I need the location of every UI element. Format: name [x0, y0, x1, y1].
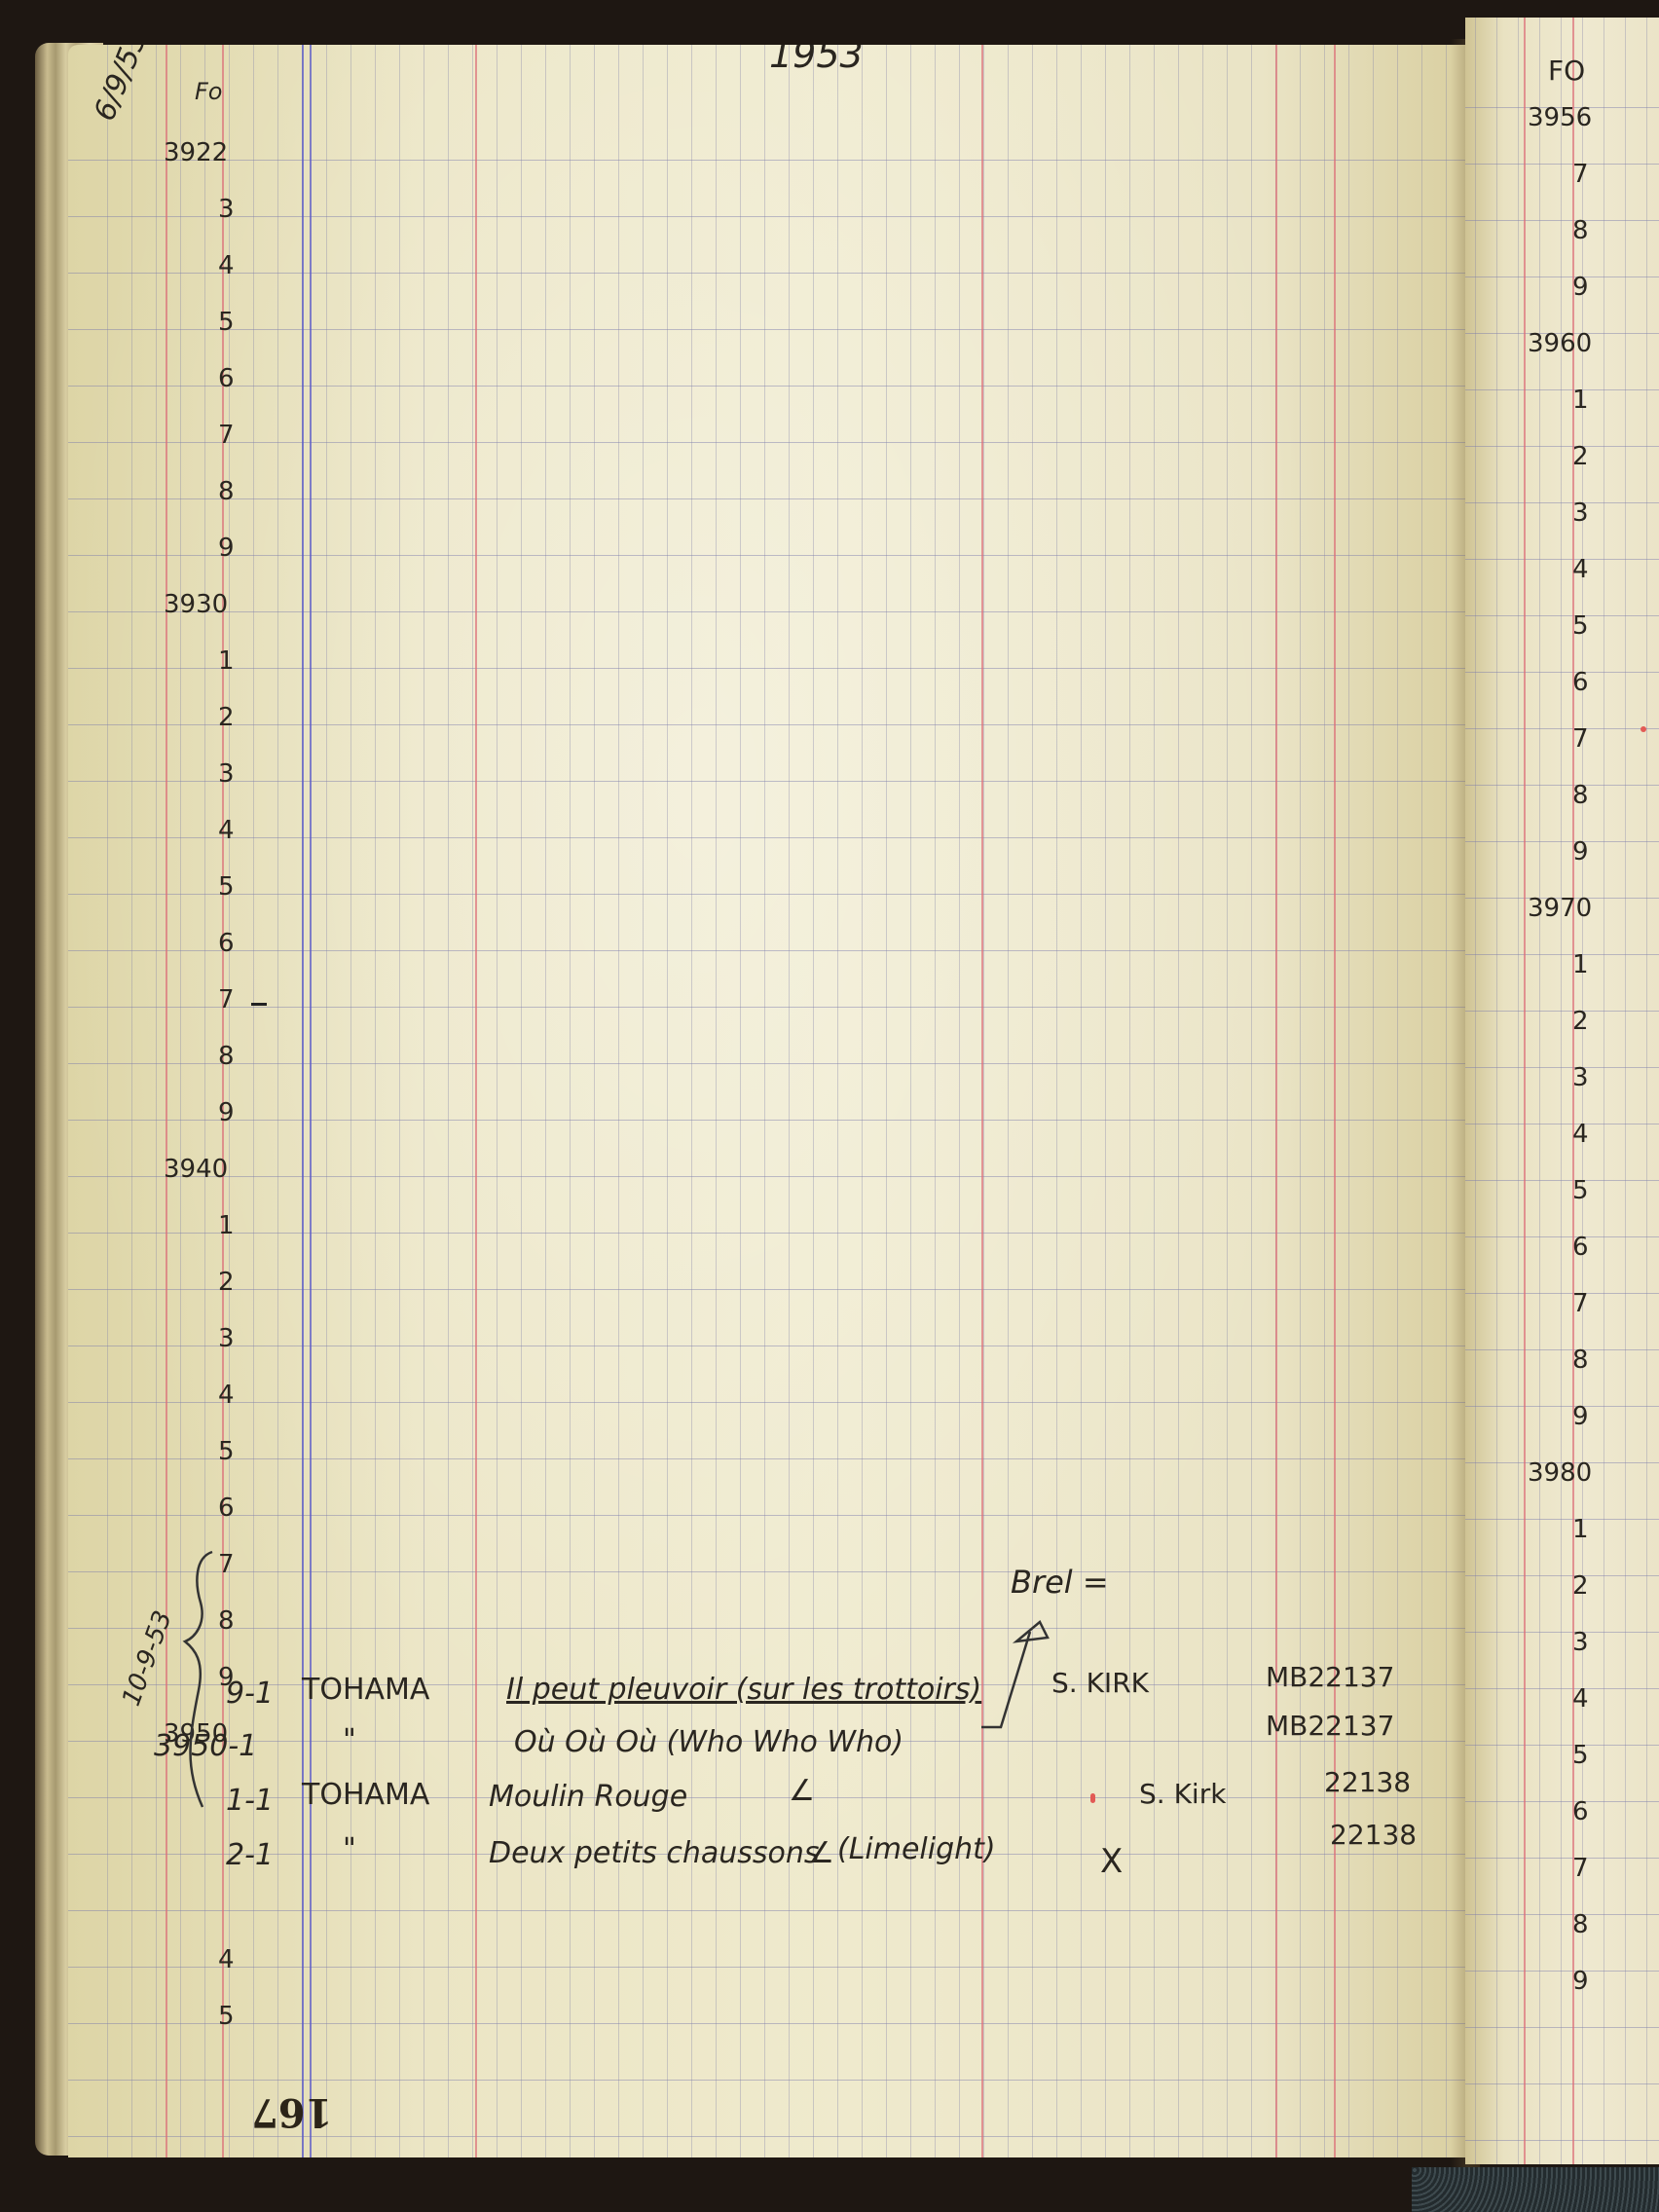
row-number: 3 [1572, 1063, 1589, 1092]
row-number: 5 [218, 308, 235, 337]
grid-row-line [1465, 1632, 1659, 1633]
row-number: 1 [1572, 386, 1589, 415]
grid-column-line [1625, 18, 1626, 2164]
header-label-fo: Fo [195, 78, 223, 105]
entry-1-label: TOHAMA [302, 1673, 429, 1707]
red-margin-line [166, 45, 167, 2157]
grid-row-line [68, 1346, 1470, 1346]
row-number: 1 [1572, 1515, 1589, 1544]
entry-3-title: Moulin Rouge [489, 1780, 687, 1814]
row-number: 5 [1572, 1176, 1589, 1205]
row-number: 1 [218, 646, 235, 676]
grid-column-line [1032, 45, 1033, 2157]
grid-row-line [68, 498, 1470, 499]
grid-row-line [68, 1402, 1470, 1403]
grid-column-line [1604, 18, 1604, 2164]
row-number: 4 [218, 1381, 235, 1410]
entry-4-mark: ∠ [808, 1836, 834, 1870]
row-number: 6 [218, 364, 235, 393]
grid-row-line [1465, 1236, 1659, 1237]
grid-row-line [68, 724, 1470, 725]
curly-brace [166, 1544, 224, 1817]
grid-row-line [68, 442, 1470, 443]
row-number: 7 [1572, 160, 1589, 189]
row-number: 2 [218, 703, 235, 732]
grid-row-line [1465, 1971, 1659, 1972]
grid-column-line [1056, 45, 1057, 2157]
page-number-stamp: 167 [251, 2089, 333, 2135]
row-number: 6 [1572, 1797, 1589, 1826]
row-number: 5 [1572, 1741, 1589, 1770]
grid-row-line [1465, 672, 1659, 673]
row-number: 8 [1572, 1346, 1589, 1375]
entry-4-title-alt: (Limelight) [837, 1832, 996, 1866]
entry-4-number: 2-1 [226, 1838, 274, 1872]
grid-row-line [68, 1233, 1470, 1234]
row-number: 8 [1572, 781, 1589, 810]
grid-column-line [1227, 45, 1228, 2157]
grid-column-line [1646, 18, 1647, 2164]
grid-row-line [1465, 559, 1659, 560]
grid-row-line [68, 837, 1470, 838]
grid-row-line [68, 555, 1470, 556]
blue-column-line [302, 45, 304, 2157]
grid-column-line [1446, 45, 1447, 2157]
grid-row-line [68, 1458, 1470, 1459]
row-number: 4 [218, 251, 235, 280]
grid-row-line [1465, 1575, 1659, 1576]
grid-row-line [1465, 728, 1659, 729]
grid-column-line [131, 45, 132, 2157]
grid-row-line [1465, 1801, 1659, 1802]
grid-row-line [68, 1063, 1470, 1064]
grid-row-line [1465, 2027, 1659, 2028]
grid-row-line [68, 1571, 1470, 1572]
book-cover-cloth [1412, 2167, 1659, 2212]
right-ledger-page: FO 3956789396012345678939701234567893980… [1465, 18, 1659, 2164]
red-margin-line [1275, 45, 1277, 2157]
entry-3-label: TOHAMA [302, 1778, 429, 1812]
grid-row-line [1465, 2083, 1659, 2084]
row-number: 9 [1572, 1402, 1589, 1431]
grid-row-line [68, 1967, 1470, 1968]
row-number: 3 [1572, 498, 1589, 528]
grid-column-line [1421, 45, 1422, 2157]
grid-row-line [1465, 276, 1659, 277]
grid-column-line [1008, 45, 1009, 2157]
grid-column-line [277, 45, 278, 2157]
row-number: 2 [1572, 1571, 1589, 1601]
grid-row-line [1465, 2140, 1659, 2141]
row-number: 4 [218, 816, 235, 845]
grid-row-line [68, 950, 1470, 951]
grid-row-line [1465, 954, 1659, 955]
grid-column-line [1129, 45, 1130, 2157]
red-dot-mark-right [1641, 726, 1646, 732]
grid-column-line [180, 45, 181, 2157]
grid-row-line [1465, 446, 1659, 447]
right-header-label: FO [1548, 55, 1585, 87]
entry-1-number: 9-1 [226, 1677, 274, 1711]
entry-2-title: Où Où Où (Who Who Who) [514, 1725, 903, 1759]
grid-column-line [448, 45, 449, 2157]
entry-1-ref: MB22137 [1266, 1661, 1394, 1693]
grid-column-line [1081, 45, 1082, 2157]
grid-row-line [68, 216, 1470, 217]
row-number: 4 [1572, 1684, 1589, 1714]
row-number: 3 [1572, 1628, 1589, 1657]
grid-row-line [1465, 1011, 1659, 1012]
grid-row-line [68, 160, 1470, 161]
red-dot-mark [1090, 1793, 1095, 1803]
grid-row-line [1465, 1745, 1659, 1746]
grid-row-line [68, 1910, 1470, 1911]
row-number: 9 [218, 534, 235, 563]
blue-column-line [310, 45, 312, 2157]
entry-2-number: 3950-1 [154, 1729, 257, 1763]
grid-row-line [1465, 164, 1659, 165]
row-number: 3 [218, 759, 235, 789]
entry-3-number: 1-1 [226, 1784, 274, 1818]
grid-column-line [1154, 45, 1155, 2157]
grid-column-line [375, 45, 376, 2157]
grid-row-line [1465, 785, 1659, 786]
row-number: 3940 [164, 1155, 228, 1184]
row-number: 9 [1572, 273, 1589, 302]
grid-row-line [1465, 502, 1659, 503]
year-heading: 1953 [769, 45, 864, 76]
grid-row-line [1465, 1914, 1659, 1915]
row-number: 3970 [1528, 894, 1592, 923]
row-number: 7 [1572, 1854, 1589, 1883]
grid-row-line [68, 2080, 1470, 2081]
red-margin-line [475, 45, 477, 2157]
row-number: 9 [1572, 1967, 1589, 1996]
row-number: 3980 [1528, 1458, 1592, 1488]
arrow-to-brel [974, 1603, 1071, 1739]
row-number: 7 [1572, 724, 1589, 754]
left-ledger-page: 1953 6/9/53 Fo 3922345678939301234567893… [68, 45, 1470, 2157]
row-number: 3930 [164, 590, 228, 619]
grid-row-line [68, 1515, 1470, 1516]
grid-row-line [1465, 1180, 1659, 1181]
entry-3-ref: 22138 [1324, 1766, 1411, 1798]
row-number: 6 [218, 1493, 235, 1523]
tick-mark [251, 1003, 267, 1006]
red-margin-line [1524, 18, 1526, 2164]
row-number: 3 [218, 195, 235, 224]
row-number: 2 [1572, 1007, 1589, 1036]
grid-row-line [68, 1007, 1470, 1008]
entry-3-mark: ∠ [789, 1774, 815, 1808]
row-number: 6 [1572, 668, 1589, 697]
grid-column-line [326, 45, 327, 2157]
entry-4-title: Deux petits chaussons [489, 1836, 820, 1870]
grid-column-line [156, 45, 157, 2157]
grid-row-line [68, 329, 1470, 330]
grid-row-line [68, 2136, 1470, 2137]
grid-column-line [107, 45, 108, 2157]
row-number: 3960 [1528, 329, 1592, 358]
grid-column-line [1251, 45, 1252, 2157]
grid-row-line [68, 1797, 1470, 1798]
grid-row-line [1465, 1858, 1659, 1859]
row-number: 3956 [1528, 103, 1592, 132]
grid-column-line [1178, 45, 1179, 2157]
grid-row-line [1465, 220, 1659, 221]
grid-row-line [68, 386, 1470, 387]
row-number: 8 [218, 477, 235, 506]
grid-row-line [68, 1120, 1470, 1121]
row-number: 6 [1572, 1233, 1589, 1262]
row-number: 8 [218, 1042, 235, 1071]
grid-column-line [1202, 45, 1203, 2157]
grid-column-line [424, 45, 424, 2157]
grid-row-line [1465, 1349, 1659, 1350]
row-number: 5 [218, 872, 235, 902]
grid-row-line [68, 1176, 1470, 1177]
grid-row-line [1465, 1519, 1659, 1520]
grid-row-line [68, 894, 1470, 895]
entry-4-annotation: X [1100, 1842, 1123, 1881]
grid-row-line [68, 2023, 1470, 2024]
row-number: 1 [218, 1211, 235, 1240]
grid-row-line [1465, 615, 1659, 616]
grid-row-line [1465, 1406, 1659, 1407]
row-number: 9 [218, 1098, 235, 1127]
row-number: 7 [218, 985, 235, 1014]
row-number: 3 [218, 1324, 235, 1353]
grid-row-line [1465, 389, 1659, 390]
grid-column-line [1518, 18, 1519, 2164]
entry-2-label: " [343, 1723, 356, 1757]
margin-note-brel: Brel = [1011, 1564, 1109, 1601]
grid-row-line [68, 273, 1470, 274]
entry-3-artist: S. Kirk [1139, 1778, 1226, 1810]
grid-row-line [1465, 1124, 1659, 1124]
grid-row-line [68, 611, 1470, 612]
row-number: 8 [1572, 1910, 1589, 1939]
row-number: 8 [1572, 216, 1589, 245]
grid-column-line [1475, 18, 1476, 2164]
row-number: 7 [218, 421, 235, 450]
header-date: 6/9/53 [88, 45, 155, 126]
grid-row-line [68, 1628, 1470, 1629]
row-number: 7 [1572, 1289, 1589, 1318]
grid-column-line [1105, 45, 1106, 2157]
grid-column-line [204, 45, 205, 2157]
row-number: 1 [1572, 950, 1589, 979]
row-number: 4 [1572, 1120, 1589, 1149]
grid-column-line [1496, 18, 1497, 2164]
grid-row-line [1465, 1067, 1659, 1068]
grid-row-line [68, 668, 1470, 669]
grid-column-line [399, 45, 400, 2157]
row-number: 6 [218, 929, 235, 958]
grid-row-line [1465, 841, 1659, 842]
grid-row-line [68, 781, 1470, 782]
entry-4-label: " [343, 1832, 356, 1866]
row-number: 2 [218, 1268, 235, 1297]
row-number: 5 [218, 2002, 235, 2031]
entry-2-ref: MB22137 [1266, 1710, 1394, 1742]
row-number: 9 [1572, 837, 1589, 866]
entry-1-title: Il peut pleuvoir (sur les trottoirs) [506, 1673, 981, 1707]
row-number: 2 [1572, 442, 1589, 471]
row-number: 4 [1572, 555, 1589, 584]
row-number: 4 [218, 1945, 235, 1974]
grid-row-line [1465, 1293, 1659, 1294]
grid-column-line [1300, 45, 1301, 2157]
grid-row-line [1465, 1688, 1659, 1689]
grid-column-line [472, 45, 473, 2157]
entry-4-ref: 22138 [1330, 1819, 1417, 1851]
grid-column-line [1324, 45, 1325, 2157]
row-number: 3922 [164, 138, 228, 167]
row-number: 5 [218, 1437, 235, 1466]
grid-row-line [68, 1289, 1470, 1290]
row-number: 5 [1572, 611, 1589, 641]
